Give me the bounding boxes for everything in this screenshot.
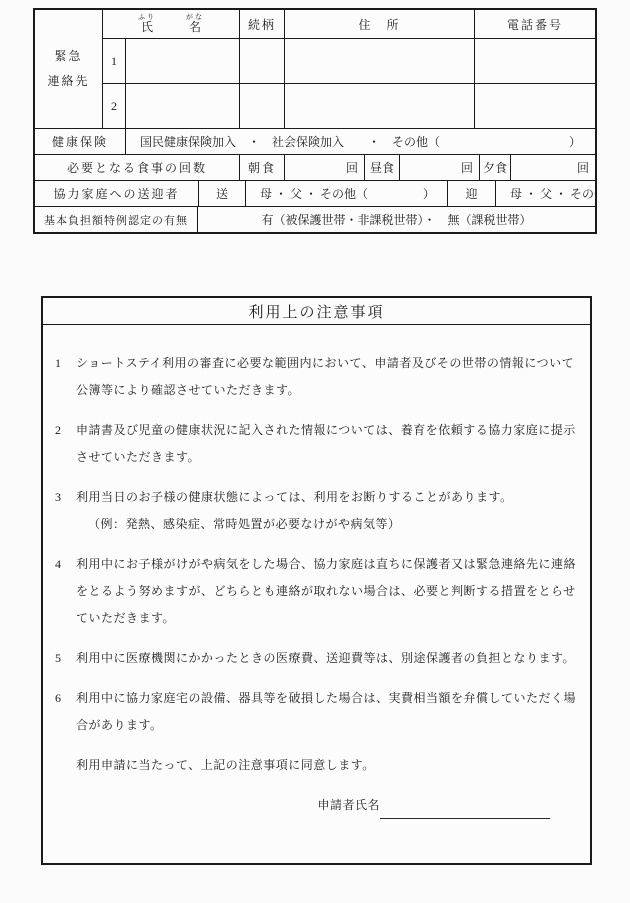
item-6-number: 6 [55,685,76,739]
emergency-contact-label-line2: 連絡先 [47,69,89,94]
breakfast-count-cell[interactable]: 回 [285,155,365,180]
transport-pickup-label: 迎 [448,181,496,206]
contact-2-name-cell[interactable] [126,84,240,128]
item-5-text: 利用中に医療機関にかかったときの医療費、送迎費等は、別途保護者の負担となります。 [76,645,580,672]
transport-send-label: 送 [199,181,246,206]
contact-1-phone-cell[interactable] [475,39,595,83]
meals-row: 必要となる食事の回数 朝食 回 昼食 回 夕食 回 [35,154,595,180]
emergency-contact-label: 緊急 連絡先 [35,10,103,128]
breakfast-unit: 回 [346,159,358,176]
emergency-contact-row-1: 1 [103,38,595,83]
contact-1-address-cell[interactable] [285,39,475,83]
contact-2-address-cell[interactable] [285,84,475,128]
item-2-text: 申請書及び児童の健康状況に記入された情報については、養育を依頼する協力家庭に提示… [76,417,580,471]
emergency-contact-row-2: 2 [103,83,595,128]
notice-item-1: 1 ショートステイ利用の審査に必要な範囲内において、申請者及びその世帯の情報につ… [55,350,580,404]
item-3-number: 3 [55,484,76,538]
name-header-mei: 名がな [186,13,204,35]
transport-send-options-text: 母 ・ 父 ・ その他（ [260,185,368,202]
contact-2-phone-cell[interactable] [475,84,595,128]
notice-item-4: 4 利用中にお子様がけがや病気をした場合、協力家庭は直ちに保護者又は緊急連絡先に… [55,551,580,632]
name-header-sei-base: 氏 [138,20,156,34]
relation-column-header: 続柄 [240,10,285,38]
item-3-text: 利用当日のお子様の健康状態によっては、利用をお断りすることがあります。 （例：発… [76,484,580,538]
exemption-label: 基本負担額特例認定の有無 [35,207,198,232]
address-column-header: 住 所 [285,10,475,38]
item-1-number: 1 [55,350,76,404]
name-header-sei: 氏ふり [138,13,156,35]
signature-row: 申請者氏名 [55,792,580,819]
table-header-row: 氏ふり 名がな 続柄 住 所 電話番号 [103,10,595,38]
transport-pickup-options-text: 母 ・ 父 ・ その他（ [510,185,595,202]
emergency-contact-group: 緊急 連絡先 氏ふり 名がな 続柄 住 所 電話番号 1 [35,10,595,128]
notice-item-2: 2 申請書及び児童の健康状況に記入された情報については、養育を依頼する協力家庭に… [55,417,580,471]
emergency-contact-table: 緊急 連絡先 氏ふり 名がな 続柄 住 所 電話番号 1 [33,8,597,234]
phone-column-header: 電話番号 [475,10,595,38]
contact-1-relation-cell[interactable] [240,39,285,83]
emergency-contact-label-line1: 緊急 [54,44,82,69]
notice-item-5: 5 利用中に医療機関にかかったときの医療費、送迎費等は、別途保護者の負担となりま… [55,645,580,672]
health-insurance-options-text: 国民健康保険加入 ・ 社会保険加入 ・ その他（ [140,133,440,150]
form-page: 緊急 連絡先 氏ふり 名がな 続柄 住 所 電話番号 1 [0,0,630,903]
transport-send-close-paren: ） [423,185,435,202]
item-6-text: 利用中に協力家庭宅の設備、器具等を破損した場合は、実費相当額を弁償していただく場… [76,685,580,739]
contact-1-name-cell[interactable] [126,39,240,83]
item-2-number: 2 [55,417,76,471]
name-header-sei-ruby: ふり [138,13,156,21]
exemption-row: 基本負担額特例認定の有無 有（被保護世帯・非課税世帯）・ 無（課税世帯） [35,206,595,232]
applicant-name-line[interactable] [380,803,550,819]
usage-notice-box: 利用上の注意事項 1 ショートステイ利用の審査に必要な範囲内において、申請者及び… [41,296,592,865]
lunch-label: 昼食 [365,155,400,180]
notice-item-3: 3 利用当日のお子様の健康状態によっては、利用をお断りすることがあります。 （例… [55,484,580,538]
applicant-name-label: 申請者氏名 [317,792,380,819]
dinner-label: 夕食 [480,155,511,180]
item-4-text: 利用中にお子様がけがや病気をした場合、協力家庭は直ちに保護者又は緊急連絡先に連絡… [76,551,580,632]
row-1-number: 1 [103,39,126,83]
name-header-mei-base: 名 [186,20,204,34]
item-1-text: ショートステイ利用の審査に必要な範囲内において、申請者及びその世帯の情報について… [76,350,580,404]
name-column-header: 氏ふり 名がな [103,10,240,38]
transport-pickup-options[interactable]: 母 ・ 父 ・ その他（ ） [496,181,595,206]
notice-title: 利用上の注意事項 [43,298,590,325]
health-insurance-close-paren: ） [569,133,581,150]
item-3-main-text: 利用当日のお子様の健康状態によっては、利用をお断りすることがあります。 [76,490,513,504]
exemption-options[interactable]: 有（被保護世帯・非課税世帯）・ 無（課税世帯） [198,207,595,232]
health-insurance-options[interactable]: 国民健康保険加入 ・ 社会保険加入 ・ その他（ ） [126,129,595,154]
notice-body: 1 ショートステイ利用の審査に必要な範囲内において、申請者及びその世帯の情報につ… [43,325,590,819]
meals-label: 必要となる食事の回数 [35,155,240,180]
item-3-note: （例：発熱、感染症、常時処置が必要なけがや病気等） [76,517,401,531]
contact-2-relation-cell[interactable] [240,84,285,128]
transport-send-options[interactable]: 母 ・ 父 ・ その他（ ） [246,181,448,206]
item-5-number: 5 [55,645,76,672]
consent-statement: 利用申請に当たって、上記の注意事項に同意します。 [55,752,580,779]
notice-item-6: 6 利用中に協力家庭宅の設備、器具等を破損した場合は、実費相当額を弁償していただ… [55,685,580,739]
transport-label: 協力家庭への送迎者 [35,181,199,206]
breakfast-label: 朝食 [240,155,285,180]
health-insurance-row: 健康保険 国民健康保険加入 ・ 社会保険加入 ・ その他（ ） [35,128,595,154]
row-2-number: 2 [103,84,126,128]
name-header-mei-ruby: がな [186,13,204,21]
item-4-number: 4 [55,551,76,632]
emergency-contact-right: 氏ふり 名がな 続柄 住 所 電話番号 1 2 [103,10,595,128]
dinner-count-cell[interactable]: 回 [511,155,595,180]
lunch-count-cell[interactable]: 回 [400,155,480,180]
dinner-unit: 回 [577,159,589,176]
transport-row: 協力家庭への送迎者 送 母 ・ 父 ・ その他（ ） 迎 母 ・ 父 ・ その他… [35,180,595,206]
lunch-unit: 回 [461,159,473,176]
health-insurance-label: 健康保険 [35,129,126,154]
